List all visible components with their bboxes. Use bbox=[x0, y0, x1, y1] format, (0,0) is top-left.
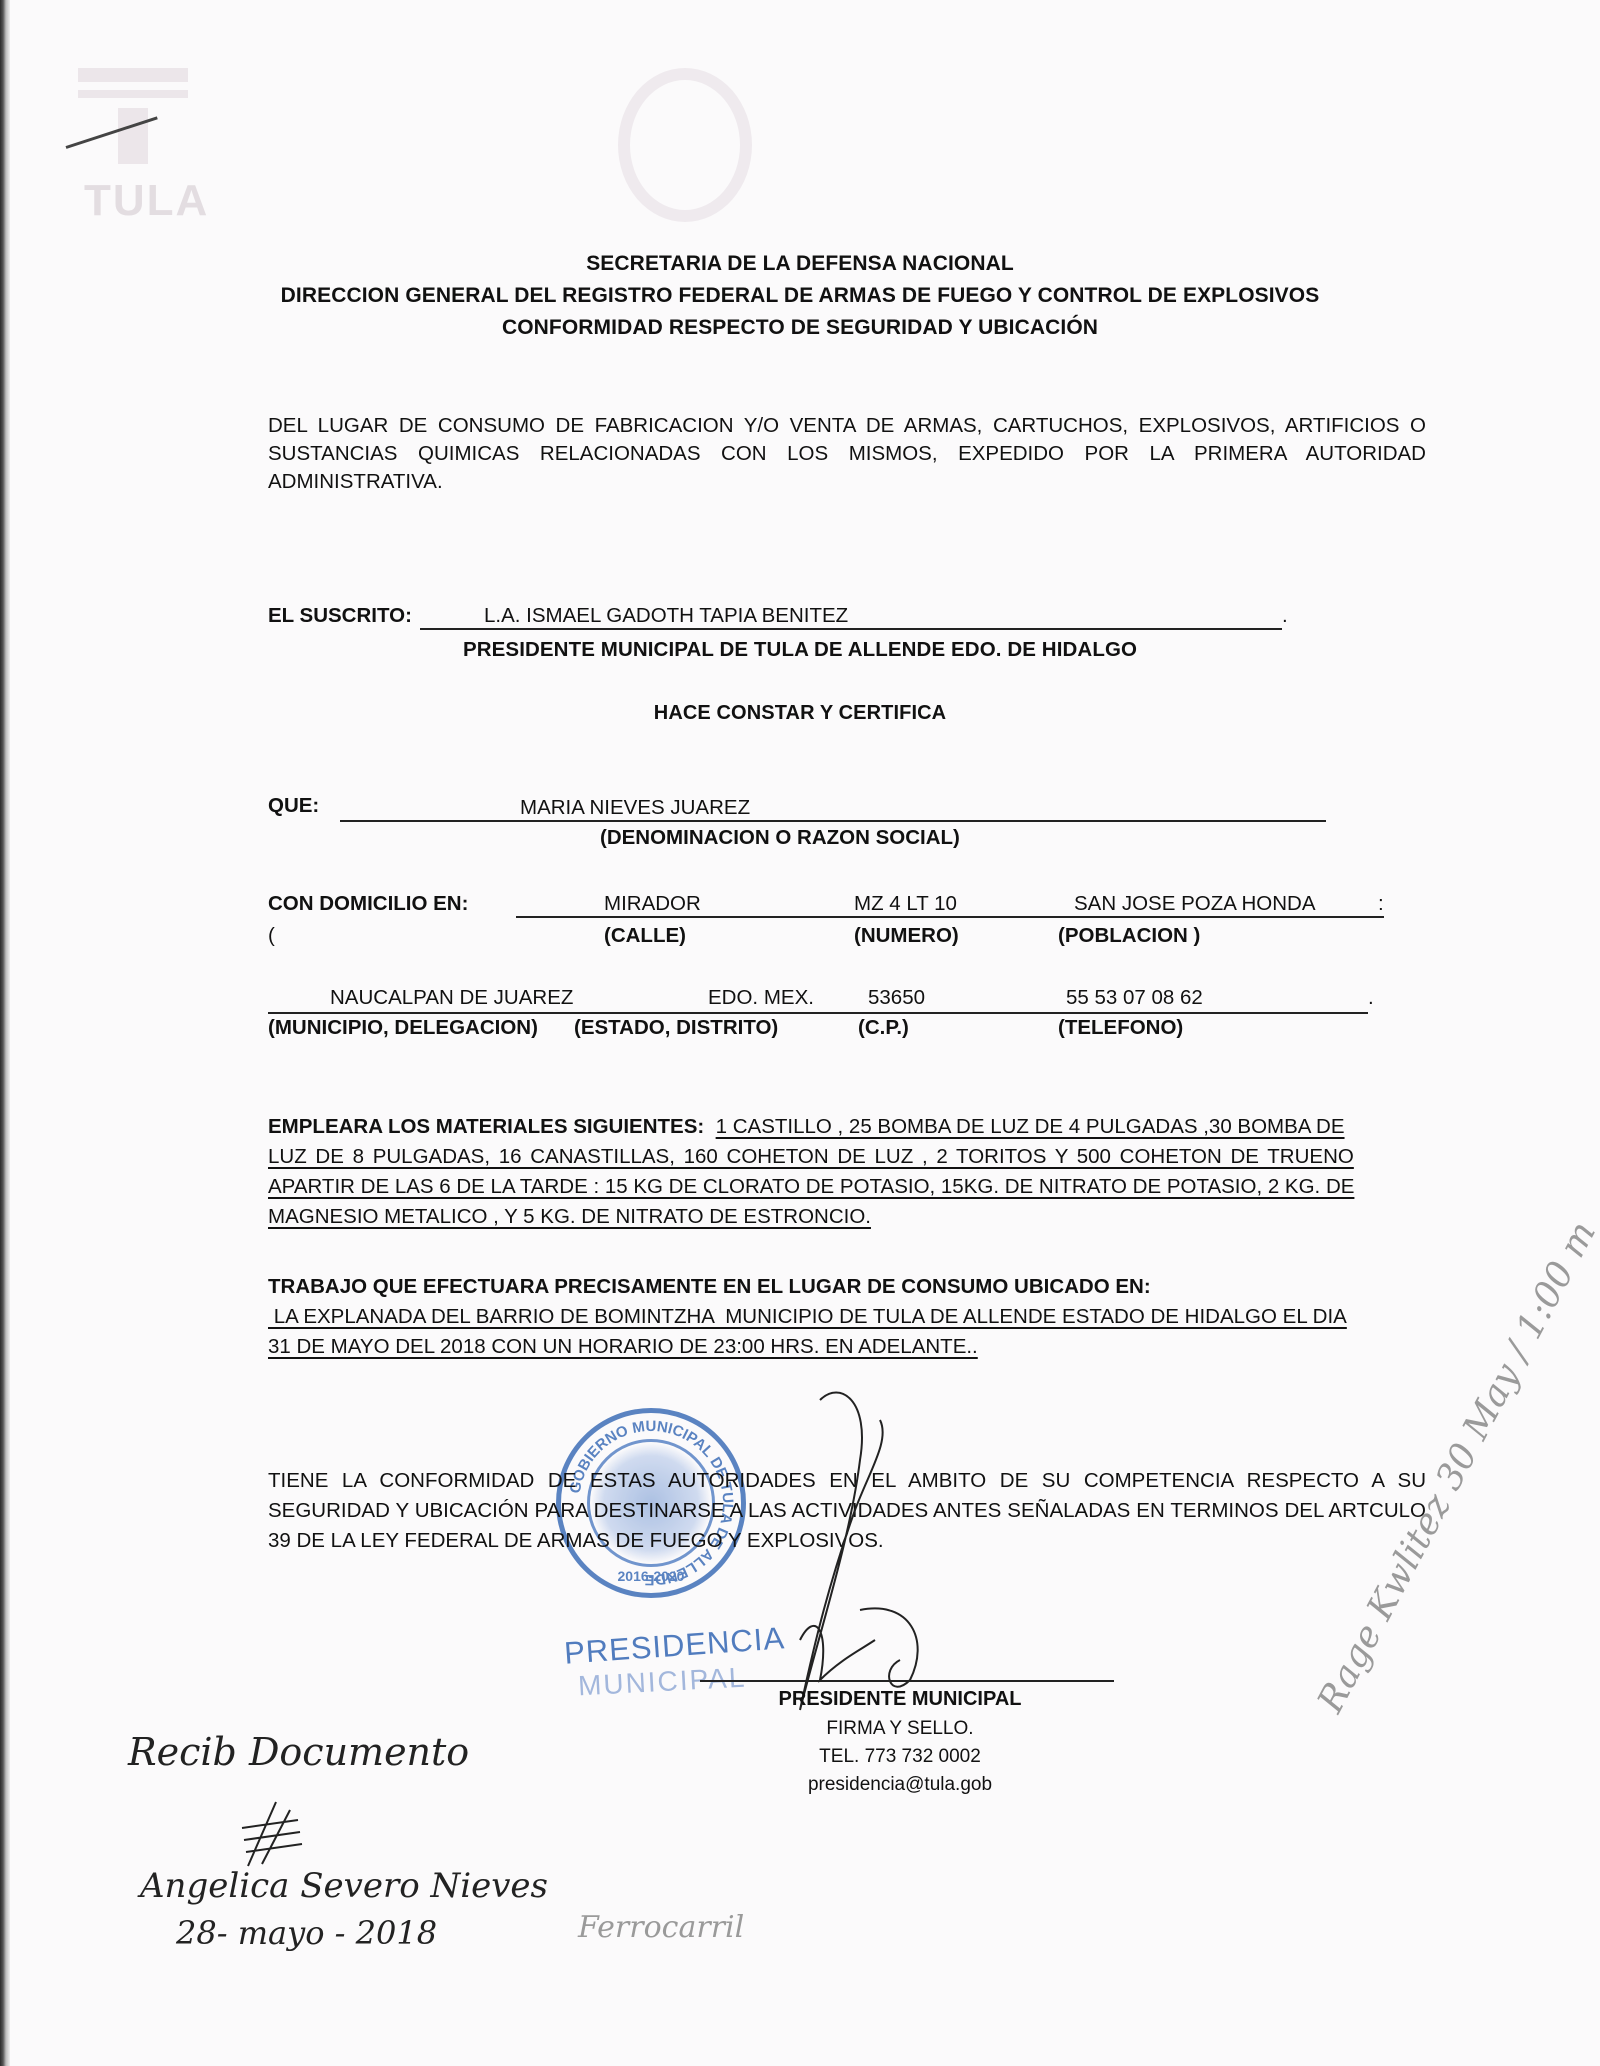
sig-title: PRESIDENTE MUNICIPAL bbox=[700, 1688, 1100, 1711]
domicilio-numero: MZ 4 LT 10 bbox=[854, 892, 957, 916]
materiales-line-2: LUZ DE 8 PULGADAS, 16 CANASTILLAS, 160 C… bbox=[268, 1142, 1428, 1172]
domicilio-paren: ( bbox=[268, 924, 275, 948]
materiales-label: EMPLEARA LOS MATERIALES SIGUIENTES: bbox=[268, 1115, 704, 1138]
domicilio-municipio: NAUCALPAN DE JUAREZ bbox=[330, 986, 573, 1010]
caption-cp: (C.P.) bbox=[858, 1016, 909, 1040]
trabajo-line-2: 31 DE MAYO DEL 2018 CON UN HORARIO DE 23… bbox=[268, 1332, 1428, 1362]
ghost-seal bbox=[618, 68, 752, 222]
domicilio-underline-2 bbox=[268, 1012, 1368, 1014]
que-underline bbox=[340, 820, 1326, 822]
trabajo-line-1: LA EXPLANADA DEL BARRIO DE BOMINTZHA MUN… bbox=[268, 1302, 1428, 1332]
materiales-line-3: APARTIR DE LAS 6 DE LA TARDE : 15 KG DE … bbox=[268, 1172, 1428, 1202]
header-line-2: DIRECCION GENERAL DEL REGISTRO FEDERAL D… bbox=[0, 284, 1600, 308]
intro-paragraph: DEL LUGAR DE CONSUMO DE FABRICACION Y/O … bbox=[268, 412, 1426, 496]
domicilio-underline bbox=[516, 916, 1384, 918]
caption-telefono: (TELEFONO) bbox=[1058, 1016, 1183, 1040]
caption-estado: (ESTADO, DISTRITO) bbox=[574, 1016, 778, 1040]
suscrito-label: EL SUSCRITO: bbox=[268, 604, 412, 628]
sig-email: presidencia@tula.gob bbox=[700, 1774, 1100, 1796]
ghost-logo-text: TULA bbox=[84, 176, 209, 226]
header-line-1: SECRETARIA DE LA DEFENSA NACIONAL bbox=[0, 252, 1600, 276]
caption-municipio: (MUNICIPIO, DELEGACION) bbox=[268, 1016, 538, 1040]
domicilio-estado: EDO. MEX. bbox=[708, 986, 814, 1010]
trabajo-section: TRABAJO QUE EFECTUARA PRECISAMENTE EN EL… bbox=[268, 1272, 1428, 1362]
suscrito-name: L.A. ISMAEL GADOTH TAPIA BENITEZ bbox=[484, 604, 848, 628]
receiver-initials bbox=[236, 1800, 316, 1870]
handwritten-date: 28- mayo - 2018 bbox=[176, 1914, 437, 1952]
handwritten-name: Angelica Severo Nieves bbox=[140, 1866, 548, 1906]
header-line-3: CONFORMIDAD RESPECTO DE SEGURIDAD Y UBIC… bbox=[0, 316, 1600, 340]
domicilio-telefono: 55 53 07 08 62 bbox=[1066, 986, 1203, 1010]
sig-tel: TEL. 773 732 0002 bbox=[700, 1746, 1100, 1768]
trabajo-label: TRABAJO QUE EFECTUARA PRECISAMENTE EN EL… bbox=[268, 1272, 1428, 1302]
domicilio-end: : bbox=[1378, 892, 1384, 916]
stamp-label-presidencia: PRESIDENCIA bbox=[563, 1620, 786, 1671]
handwritten-extra: Ferrocarril bbox=[578, 1910, 744, 1945]
handwritten-received: Recib Documento bbox=[128, 1730, 469, 1774]
materiales-line-4: MAGNESIO METALICO , Y 5 KG. DE NITRATO D… bbox=[268, 1202, 1428, 1232]
ghost-logo: TULA bbox=[78, 68, 188, 218]
materiales-section: EMPLEARA LOS MATERIALES SIGUIENTES: 1 CA… bbox=[268, 1112, 1428, 1232]
signature-line bbox=[700, 1680, 1114, 1682]
certifica-heading: HACE CONSTAR Y CERTIFICA bbox=[0, 702, 1600, 725]
domicilio-end-2: . bbox=[1368, 986, 1374, 1010]
que-value: MARIA NIEVES JUAREZ bbox=[520, 796, 750, 820]
scan-edge-shadow bbox=[0, 0, 10, 2066]
domicilio-cp: 53650 bbox=[868, 986, 925, 1010]
domicilio-calle: MIRADOR bbox=[604, 892, 701, 916]
sig-firma: FIRMA Y SELLO. bbox=[700, 1718, 1100, 1740]
suscrito-underline bbox=[420, 628, 1282, 630]
suscrito-title: PRESIDENTE MUNICIPAL DE TULA DE ALLENDE … bbox=[0, 638, 1600, 662]
domicilio-poblacion: SAN JOSE POZA HONDA bbox=[1074, 892, 1316, 916]
que-label: QUE: bbox=[268, 794, 319, 818]
caption-poblacion: (POBLACION ) bbox=[1058, 924, 1200, 948]
que-caption: (DENOMINACION O RAZON SOCIAL) bbox=[600, 826, 960, 850]
caption-numero: (NUMERO) bbox=[854, 924, 959, 948]
domicilio-label: CON DOMICILIO EN: bbox=[268, 892, 468, 916]
seal-years: 2016-2020 bbox=[618, 1568, 685, 1584]
materiales-line-1: 1 CASTILLO , 25 BOMBA DE LUZ DE 4 PULGAD… bbox=[716, 1115, 1345, 1138]
suscrito-end: . bbox=[1282, 604, 1288, 628]
caption-calle: (CALLE) bbox=[604, 924, 686, 948]
